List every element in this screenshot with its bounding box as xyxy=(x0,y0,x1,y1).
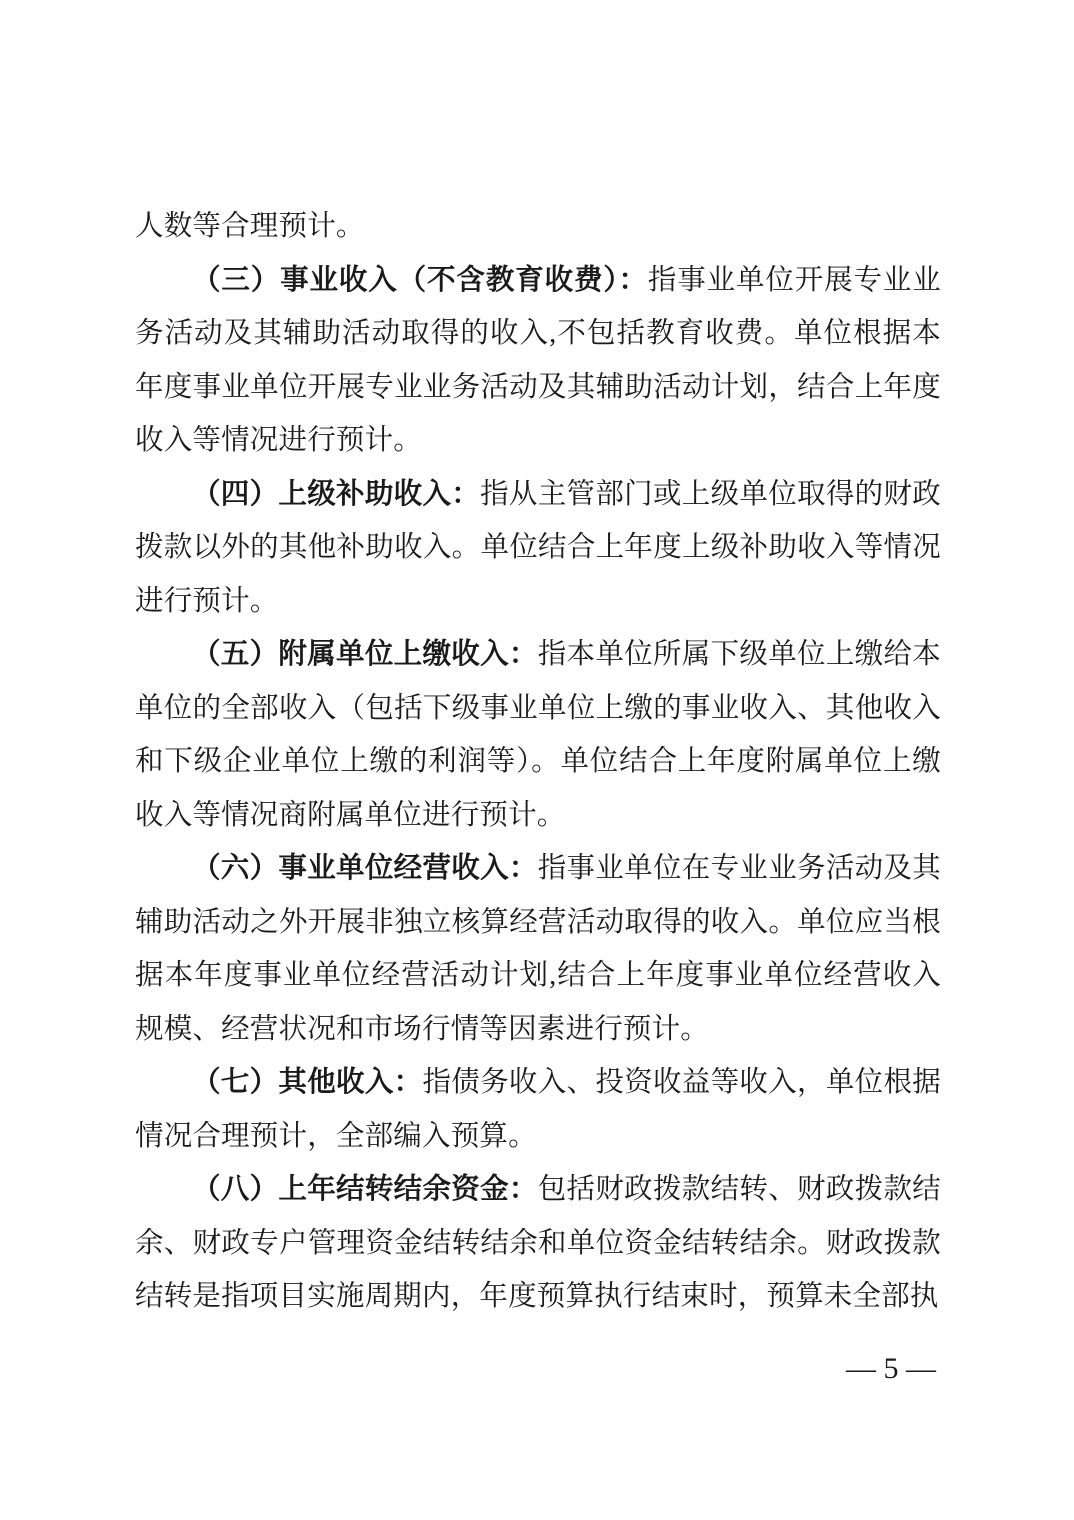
paragraph-heading: （三）事业收入（不含教育收费）： xyxy=(192,265,648,296)
paragraph: （八）上年结转结余资金：包括财政拨款结转、财政拨款结余、财政专户管理资金结转结余… xyxy=(135,1163,941,1324)
paragraph: 人数等合理预计。 xyxy=(135,200,941,254)
page-footer: — 5 — xyxy=(135,1350,936,1388)
paragraph: （三）事业收入（不含教育收费）：指事业单位开展专业业务活动及其辅助活动取得的收入… xyxy=(135,254,941,468)
document-page: 人数等合理预计。（三）事业收入（不含教育收费）：指事业单位开展专业业务活动及其辅… xyxy=(0,0,1074,1520)
paragraph: （六）事业单位经营收入：指事业单位在专业业务活动及其辅助活动之外开展非独立核算经… xyxy=(135,842,941,1056)
paragraph-heading: （五）附属单位上缴收入： xyxy=(192,639,538,670)
paragraph: （七）其他收入：指债务收入、投资收益等收入，单位根据情况合理预计，全部编入预算。 xyxy=(135,1056,941,1163)
page-number: — 5 — xyxy=(846,1352,936,1385)
paragraph: （五）附属单位上缴收入：指本单位所属下级单位上缴给本单位的全部收入（包括下级事业… xyxy=(135,628,941,842)
paragraph-heading: （六）事业单位经营收入： xyxy=(192,853,538,884)
paragraph-heading: （七）其他收入： xyxy=(192,1067,423,1098)
paragraph-heading: （四）上级补助收入： xyxy=(192,479,480,510)
paragraph-heading: （八）上年结转结余资金： xyxy=(192,1174,538,1205)
document-body: 人数等合理预计。（三）事业收入（不含教育收费）：指事业单位开展专业业务活动及其辅… xyxy=(135,200,941,1324)
paragraph: （四）上级补助收入：指从主管部门或上级单位取得的财政拨款以外的其他补助收入。单位… xyxy=(135,468,941,629)
